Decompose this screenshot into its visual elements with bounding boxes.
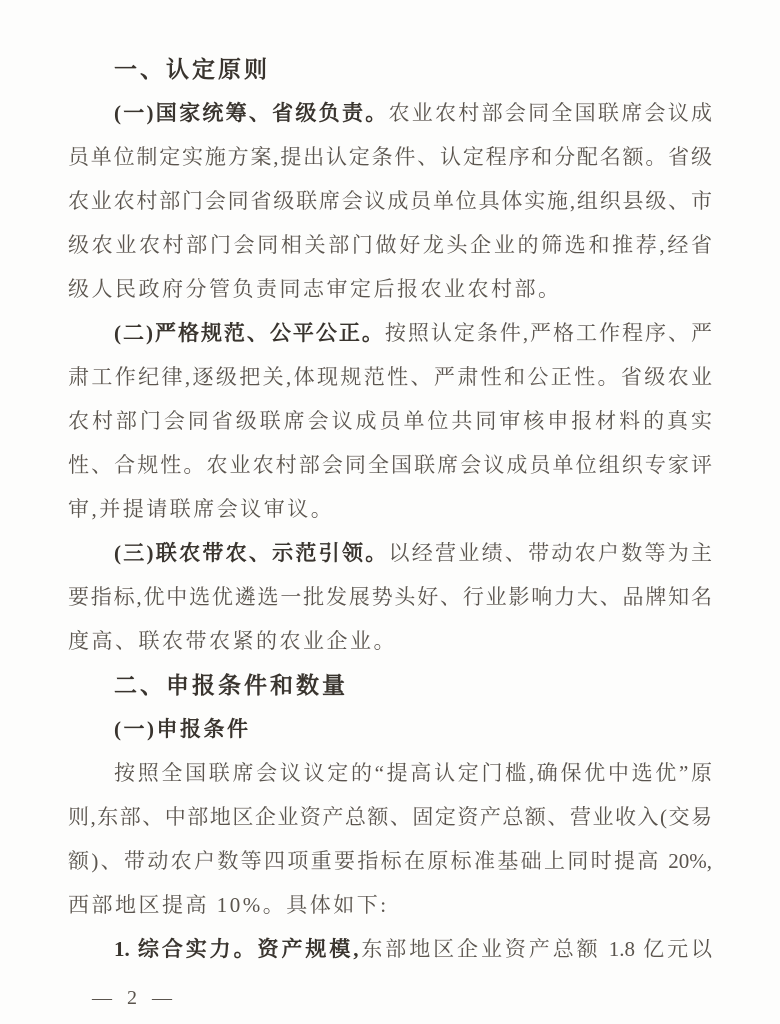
line-text: 农业农村部会同全国联席会议成 — [389, 101, 713, 125]
section-heading: 一、认定原则 — [68, 47, 712, 91]
text-line: 要指标,优中选优遴选一批发展势头好、行业影响力大、品牌知名 — [68, 575, 712, 619]
line-text: 则,东部、中部地区企业资产总额、固定资产总额、营业收入(交易 — [68, 805, 712, 829]
bold-lead-text: (三)联农带农、示范引领。 — [114, 541, 389, 565]
line-text: 以经营业绩、带动农户数等为主 — [389, 541, 713, 565]
scanned-document-page: 一、认定原则(一)国家统筹、省级负责。农业农村部会同全国联席会议成员单位制定实施… — [0, 0, 780, 1024]
line-text: 性、合规性。农业农村部会同全国联席会议成员单位组织专家评 — [68, 453, 712, 477]
line-text: 要指标,优中选优遴选一批发展势头好、行业影响力大、品牌知名 — [68, 585, 712, 609]
text-line: (三)联农带农、示范引领。以经营业绩、带动农户数等为主 — [68, 531, 712, 575]
bold-lead-text: 一、认定原则 — [114, 56, 270, 82]
line-text: 按照认定条件,严格工作程序、严 — [385, 321, 712, 345]
line-text: 级人民政府分管负责同志审定后报农业农村部。 — [68, 277, 562, 301]
line-text: 员单位制定实施方案,提出认定条件、认定程序和分配名额。省级 — [68, 145, 712, 169]
bold-lead-text: (一)国家统筹、省级负责。 — [114, 101, 389, 125]
text-line: 额)、带动农户数等四项重要指标在原标准基础上同时提高 20%, — [68, 839, 712, 883]
text-line: (一)国家统筹、省级负责。农业农村部会同全国联席会议成 — [68, 91, 712, 135]
line-text: 东部地区企业资产总额 1.8 亿元以 — [358, 937, 712, 961]
bold-lead-text: (二)严格规范、公平公正。 — [114, 321, 385, 345]
text-line: 农业农村部门会同省级联席会议成员单位具体实施,组织县级、市 — [68, 179, 712, 223]
line-text: 肃工作纪律,逐级把关,体现规范性、严肃性和公正性。省级农业 — [68, 365, 712, 389]
text-line: 性、合规性。农业农村部会同全国联席会议成员单位组织专家评 — [68, 443, 712, 487]
page-number: — 2 — — [92, 976, 177, 1020]
line-text: 按照全国联席会议议定的“提高认定门槛,确保优中选优”原 — [114, 761, 712, 785]
line-text: 额)、带动农户数等四项重要指标在原标准基础上同时提高 20%, — [68, 849, 712, 873]
line-text: 审,并提请联席会议审议。 — [68, 497, 334, 521]
section-heading: 二、申报条件和数量 — [68, 663, 712, 707]
text-line: (二)严格规范、公平公正。按照认定条件,严格工作程序、严 — [68, 311, 712, 355]
bold-lead-text: 1. 综合实力。资产规模, — [114, 937, 358, 961]
line-text: 度高、联农带农紧的农业企业。 — [68, 629, 397, 653]
text-line: 农村部门会同省级联席会议成员单位共同审核申报材料的真实 — [68, 399, 712, 443]
text-line: 1. 综合实力。资产规模,东部地区企业资产总额 1.8 亿元以 — [68, 927, 712, 971]
text-line: 级人民政府分管负责同志审定后报农业农村部。 — [68, 267, 712, 311]
text-line: 级农业农村部门会同相关部门做好龙头企业的筛选和推荐,经省 — [68, 223, 712, 267]
text-line: 度高、联农带农紧的农业企业。 — [68, 619, 712, 663]
bold-lead-text: (一)申报条件 — [114, 717, 251, 741]
text-line: (一)申报条件 — [68, 707, 712, 751]
text-line: 西部地区提高 10%。具体如下: — [68, 883, 712, 927]
line-text: 西部地区提高 10%。具体如下: — [68, 893, 389, 917]
line-text: 农村部门会同省级联席会议成员单位共同审核申报材料的真实 — [68, 409, 712, 433]
document-lines: 一、认定原则(一)国家统筹、省级负责。农业农村部会同全国联席会议成员单位制定实施… — [68, 47, 712, 971]
text-line: 审,并提请联席会议审议。 — [68, 487, 712, 531]
text-line: 肃工作纪律,逐级把关,体现规范性、严肃性和公正性。省级农业 — [68, 355, 712, 399]
text-line: 员单位制定实施方案,提出认定条件、认定程序和分配名额。省级 — [68, 135, 712, 179]
line-text: 农业农村部门会同省级联席会议成员单位具体实施,组织县级、市 — [68, 189, 712, 213]
line-text: 级农业农村部门会同相关部门做好龙头企业的筛选和推荐,经省 — [68, 233, 712, 257]
bold-lead-text: 二、申报条件和数量 — [114, 672, 348, 698]
text-line: 按照全国联席会议议定的“提高认定门槛,确保优中选优”原 — [68, 751, 712, 795]
text-line: 则,东部、中部地区企业资产总额、固定资产总额、营业收入(交易 — [68, 795, 712, 839]
